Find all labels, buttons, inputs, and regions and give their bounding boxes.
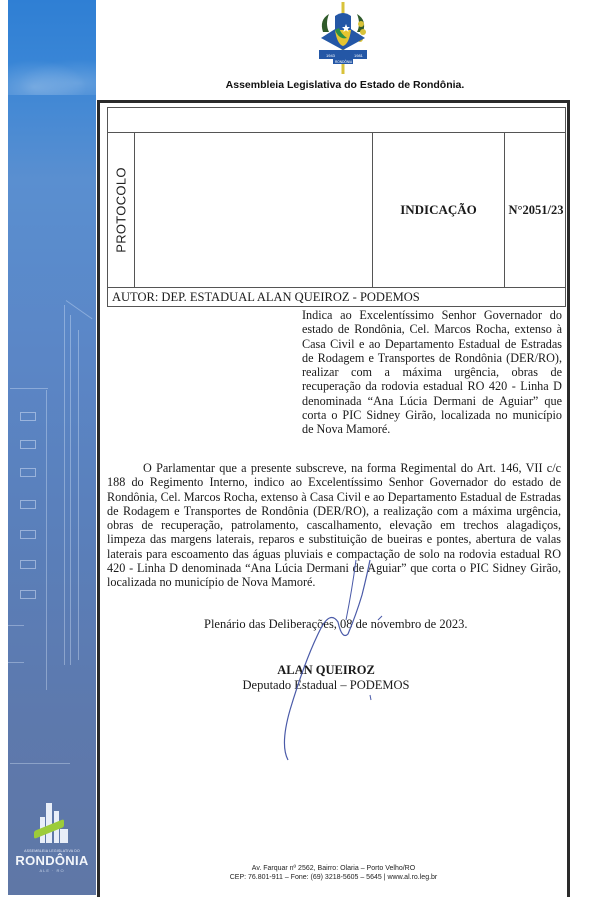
building-outline bbox=[70, 315, 71, 665]
letterhead-footer: Av. Farquar nº 2562, Bairro: Olaria – Po… bbox=[97, 864, 570, 882]
footer-address: Av. Farquar nº 2562, Bairro: Olaria – Po… bbox=[97, 864, 570, 873]
letterhead-sidebar: ASSEMBLEIA LEGISLATIVA DO RONDÔNIA ALE ·… bbox=[8, 0, 96, 895]
building-outline bbox=[10, 763, 70, 764]
building-window bbox=[20, 500, 36, 509]
svg-text:1943: 1943 bbox=[326, 53, 336, 58]
building-outline bbox=[46, 390, 47, 690]
protocol-table: PROTOCOLO INDICAÇÃO N°2051/23 AUTOR: DEP… bbox=[107, 107, 566, 307]
building-window bbox=[20, 560, 36, 569]
ementa-summary: Indica ao Excelentíssimo Senhor Governad… bbox=[302, 308, 562, 437]
date-line: Plenário das Deliberações, 08 de novembr… bbox=[204, 617, 467, 632]
logo-text: RONDÔNIA bbox=[8, 853, 96, 868]
table-main-row: PROTOCOLO INDICAÇÃO N°2051/23 bbox=[108, 133, 565, 288]
svg-text:1981: 1981 bbox=[354, 53, 364, 58]
doc-number-cell: N°2051/23 bbox=[505, 133, 567, 287]
signer-role: Deputado Estadual – PODEMOS bbox=[0, 678, 600, 693]
table-blank-row bbox=[108, 108, 565, 133]
logo-sub-text: ALE · RO bbox=[8, 868, 96, 873]
ale-ro-logo: ASSEMBLEIA LEGISLATIVA DO RONDÔNIA ALE ·… bbox=[8, 803, 96, 873]
body-text: O Parlamentar que a presente subscreve, … bbox=[107, 461, 561, 589]
body-paragraph: O Parlamentar que a presente subscreve, … bbox=[107, 461, 561, 590]
footer-contact: CEP: 76.801-911 – Fone: (69) 3218-5605 –… bbox=[97, 873, 570, 882]
doc-type-label: INDICAÇÃO bbox=[400, 202, 477, 218]
building-window bbox=[20, 590, 36, 599]
svg-text:RONDÔNIA: RONDÔNIA bbox=[335, 59, 353, 64]
building-window bbox=[20, 440, 36, 449]
state-coat-of-arms-icon: 1943 1981 RONDÔNIA bbox=[313, 2, 373, 74]
building-window bbox=[20, 468, 36, 477]
signer-name: ALAN QUEIROZ bbox=[0, 663, 600, 678]
author-line: AUTOR: DEP. ESTADUAL ALAN QUEIROZ - PODE… bbox=[108, 288, 565, 307]
institution-name: Assembleia Legislativa do Estado de Rond… bbox=[0, 79, 600, 91]
building-outline bbox=[10, 388, 48, 389]
doc-number: N°2051/23 bbox=[509, 203, 564, 218]
building-outline bbox=[64, 305, 65, 665]
doc-type-cell: INDICAÇÃO bbox=[373, 133, 505, 287]
protocol-cell: PROTOCOLO bbox=[108, 133, 135, 287]
building-outline bbox=[8, 625, 24, 626]
building-window bbox=[20, 530, 36, 539]
ale-ro-building-logo-icon bbox=[32, 803, 72, 845]
building-window bbox=[20, 412, 36, 421]
building-outline bbox=[78, 330, 79, 660]
protocol-label: PROTOCOLO bbox=[114, 167, 129, 253]
protocol-stamp-area bbox=[135, 133, 373, 287]
